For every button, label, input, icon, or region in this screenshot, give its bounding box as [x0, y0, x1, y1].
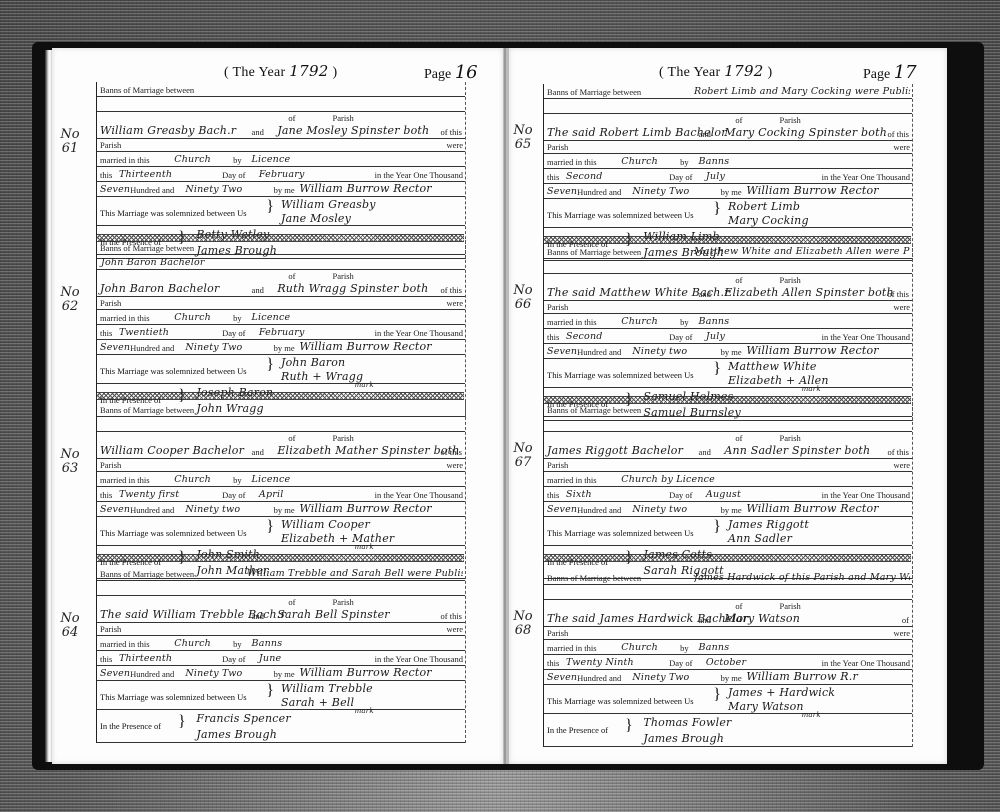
- day-value: Sixth: [566, 490, 592, 500]
- parish-row: Parish were: [544, 627, 912, 640]
- solemnized-block: This Marriage was solemnized between Us …: [544, 685, 912, 714]
- married-in-row: married in this Church by Licence: [97, 472, 465, 487]
- venue: Church: [174, 639, 211, 649]
- bride-name: Mary Cocking Spinster both: [724, 127, 887, 138]
- entry-number: No 66: [509, 284, 537, 312]
- year-heading: ( The Year 1792 ): [224, 62, 337, 81]
- day-value: Twentieth: [119, 328, 169, 338]
- bride-name: Ruth Wragg Spinster both: [277, 283, 428, 294]
- entry-number: No 64: [56, 612, 84, 640]
- banns-row-2: [544, 259, 912, 274]
- year-row: Seven Hundred and Ninety Two by me Willi…: [544, 184, 912, 199]
- ornamental-divider: [96, 554, 464, 562]
- marriage-method: Banns: [252, 639, 283, 649]
- day-value: Second: [566, 172, 603, 182]
- banns-text: James Hardwick of this Parish and Mary W…: [694, 573, 910, 583]
- parish-row: Parish were: [544, 301, 912, 314]
- year-row: Seven Hundred and Ninety Two by me Willi…: [97, 340, 465, 355]
- officiant: William Burrow Rector: [299, 341, 431, 352]
- brace-icon: }: [713, 361, 721, 377]
- banns-row-2: [97, 97, 465, 112]
- venue: Church: [621, 643, 658, 653]
- couple-row: John Baron Bachelor and Ruth Wragg Spins…: [97, 282, 465, 297]
- month-value: February: [259, 328, 305, 338]
- ninety-value: Ninety two: [632, 505, 687, 515]
- presence-block: In the Presence of } Thomas Fowler James…: [544, 714, 912, 747]
- entry-number: No 62: [56, 286, 84, 314]
- parish-row: Parish were: [97, 297, 465, 310]
- bride-name: Elizabeth Mather Spinster both: [277, 445, 459, 456]
- date-row: this Thirteenth Day of February in the Y…: [97, 167, 465, 182]
- of-parish-row: of Parish: [97, 432, 465, 444]
- married-in-row: married in this Church by Licence: [97, 152, 465, 167]
- year-row: Seven Hundred and Ninety Two by me Willi…: [97, 182, 465, 197]
- groom-name: John Baron Bachelor: [100, 283, 219, 294]
- of-parish-row: of Parish: [97, 596, 465, 608]
- marriage-method: Licence: [252, 475, 291, 485]
- ninety-value: Ninety Two: [185, 669, 242, 679]
- couple-row: William Greasby Bach.r and Jane Mosley S…: [97, 124, 465, 139]
- officiant: William Burrow R.r: [746, 671, 858, 682]
- witness-2: James Brough: [196, 729, 277, 740]
- banns-text: Robert Limb and Mary Cocking were Publis…: [694, 87, 910, 97]
- year-row: Seven Hundred and Ninety two by me Willi…: [544, 502, 912, 517]
- officiant: William Burrow Rector: [299, 667, 431, 678]
- married-in-row: married in this Church by Banns: [544, 314, 912, 329]
- page-heading: Page 16: [424, 62, 478, 83]
- marriage-method: Banns: [699, 317, 730, 327]
- year-row: Seven Hundred and Ninety Two by me Willi…: [97, 666, 465, 681]
- officiant: William Burrow Rector: [746, 345, 878, 356]
- venue: Church: [174, 475, 211, 485]
- signature-2: Elizabeth + Mather: [281, 533, 394, 544]
- brace-icon: }: [178, 714, 186, 730]
- ornamental-divider: [96, 392, 464, 400]
- bride-name: Jane Mosley Spinster both: [277, 125, 429, 136]
- banns-text: William Trebble and Sarah Bell were Publ…: [247, 569, 463, 579]
- brace-icon: }: [625, 718, 633, 734]
- couple-row: The said William Trebble Bach.r and Sara…: [97, 608, 465, 623]
- month-value: July: [706, 332, 725, 342]
- of-parish-row: of Parish: [97, 112, 465, 124]
- marriage-entry: Banns of Marriage between James Hardwick…: [543, 570, 913, 747]
- month-value: October: [706, 658, 746, 668]
- signature-2: Mary Cocking: [728, 215, 809, 226]
- brace-icon: }: [713, 519, 721, 535]
- groom-name: William Cooper Bachelor: [100, 445, 244, 456]
- officiant: William Burrow Rector: [746, 503, 878, 514]
- brace-icon: }: [713, 687, 721, 703]
- date-row: this Thirteenth Day of June in the Year …: [97, 651, 465, 666]
- parish-row: Parish were: [97, 623, 465, 636]
- solemnized-block: This Marriage was solemnized between Us …: [544, 359, 912, 388]
- signature-2: Ruth + Wragg: [281, 371, 363, 382]
- couple-row: William Cooper Bachelor and Elizabeth Ma…: [97, 444, 465, 459]
- married-in-row: married in this Church by Banns: [544, 640, 912, 655]
- right-page-header: ( The Year 1792 ) Page 17: [509, 60, 947, 84]
- bride-name: Ann Sadler Spinster both: [724, 445, 870, 456]
- ornamental-divider: [543, 554, 911, 562]
- marriage-entry: Banns of Marriage between of Parish Jame…: [543, 402, 913, 579]
- solemnized-block: This Marriage was solemnized between Us …: [544, 199, 912, 228]
- banns-row-2: [544, 417, 912, 432]
- brace-icon: }: [266, 357, 274, 373]
- date-row: this Second Day of July in the Year One …: [544, 329, 912, 344]
- venue: Church: [621, 157, 658, 167]
- left-page: ( The Year 1792 ) Page 16 Banns of Marri…: [52, 48, 504, 764]
- signature-1: Robert Limb: [728, 201, 800, 212]
- bride-name: Mary Watson: [724, 613, 800, 624]
- couple-row: James Riggott Bachelor and Ann Sadler Sp…: [544, 444, 912, 459]
- banns-row: Banns of Marriage between: [97, 402, 465, 417]
- banns-row-2: John Baron Bachelor: [97, 255, 465, 270]
- couple-row: The said James Hardwick Bachelor and Mar…: [544, 612, 912, 627]
- month-value: July: [706, 172, 725, 182]
- brace-icon: }: [266, 519, 274, 535]
- year-row: Seven Hundred and Ninety two by me Willi…: [544, 344, 912, 359]
- solemnized-block: This Marriage was solemnized between Us …: [97, 517, 465, 546]
- officiant: William Burrow Rector: [746, 185, 878, 196]
- brace-icon: }: [713, 201, 721, 217]
- banns-text: John Baron Bachelor: [101, 258, 205, 268]
- ornamental-divider: [543, 236, 911, 244]
- parish-row: Parish were: [544, 141, 912, 154]
- year-row: Seven Hundred and Ninety Two by me Willi…: [544, 670, 912, 685]
- year-row: Seven Hundred and Ninety two by me Willi…: [97, 502, 465, 517]
- marriage-entry: Banns of Marriage between Matthew White …: [543, 244, 913, 421]
- marriage-entry: Banns of Marriage between John Baron Bac…: [96, 240, 466, 417]
- couple-row: The said Robert Limb Bachelor and Mary C…: [544, 126, 912, 141]
- signature-2: Ann Sadler: [728, 533, 792, 544]
- right-page: ( The Year 1792 ) Page 17 Banns of Marri…: [507, 48, 947, 764]
- solemnized-block: This Marriage was solemnized between Us …: [97, 197, 465, 226]
- of-parish-row: of Parish: [544, 274, 912, 286]
- banns-row-2: [97, 417, 465, 432]
- parish-row: Parish were: [97, 459, 465, 472]
- entry-number: No 68: [509, 610, 537, 638]
- venue: Church: [174, 155, 211, 165]
- signature-1: William Greasby: [281, 199, 376, 210]
- marriage-method: Banns: [699, 643, 730, 653]
- banns-row: Banns of Marriage between James Hardwick…: [544, 570, 912, 585]
- venue: Church by Licence: [621, 475, 715, 485]
- date-row: this Second Day of July in the Year One …: [544, 169, 912, 184]
- signature-2: Jane Mosley: [281, 213, 351, 224]
- bride-name: Sarah Bell Spinster: [277, 609, 389, 620]
- banns-row: Banns of Marriage between: [544, 402, 912, 417]
- venue: Church: [621, 317, 658, 327]
- witness-2: James Brough: [643, 733, 724, 744]
- marriage-entry: Banns of Marriage between Robert Limb an…: [543, 84, 913, 261]
- witness-1: Thomas Fowler: [643, 717, 731, 728]
- officiant: William Burrow Rector: [299, 183, 431, 194]
- year-heading: ( The Year 1792 ): [659, 62, 772, 81]
- signature-1: James Riggott: [728, 519, 809, 530]
- solemnized-block: This Marriage was solemnized between Us …: [97, 681, 465, 710]
- banns-row-2: [544, 99, 912, 114]
- solemnized-block: This Marriage was solemnized between Us …: [97, 355, 465, 384]
- banns-row-2: [544, 585, 912, 600]
- signature-1: William Cooper: [281, 519, 370, 530]
- marriage-entry: Banns of Marriage between of Parish Will…: [96, 82, 466, 259]
- ninety-value: Ninety two: [185, 505, 240, 515]
- of-parish-row: of Parish: [544, 114, 912, 126]
- day-value: Thirteenth: [119, 170, 172, 180]
- married-in-row: married in this Church by Banns: [97, 636, 465, 651]
- bride-name: Elizabeth Allen Spinster both: [724, 287, 894, 298]
- witness-1: Francis Spencer: [196, 713, 290, 724]
- month-value: August: [706, 490, 741, 500]
- month-value: February: [259, 170, 305, 180]
- month-value: April: [259, 490, 284, 500]
- of-parish-row: of Parish: [544, 600, 912, 612]
- date-row: this Twenty Ninth Day of October in the …: [544, 655, 912, 670]
- venue: Church: [174, 313, 211, 323]
- presence-block: In the Presence of } Francis Spencer Jam…: [97, 710, 465, 743]
- solemnized-block: This Marriage was solemnized between Us …: [544, 517, 912, 546]
- entry-number: No 67: [509, 442, 537, 470]
- brace-icon: }: [266, 199, 274, 215]
- date-row: this Sixth Day of August in the Year One…: [544, 487, 912, 502]
- banns-row: Banns of Marriage between: [97, 240, 465, 255]
- of-parish-row: of Parish: [544, 432, 912, 444]
- ninety-value: Ninety Two: [632, 187, 689, 197]
- of-parish-row: of Parish: [97, 270, 465, 282]
- day-value: Thirteenth: [119, 654, 172, 664]
- banns-row: Banns of Marriage between Matthew White …: [544, 244, 912, 259]
- date-row: this Twentieth Day of February in the Ye…: [97, 325, 465, 340]
- banns-row: Banns of Marriage between: [97, 82, 465, 97]
- brace-icon: }: [266, 683, 274, 699]
- marriage-entry: Banns of Marriage between of Parish Will…: [96, 402, 466, 579]
- married-in-row: married in this Church by Licence: [544, 472, 912, 487]
- groom-name: James Riggott Bachelor: [547, 445, 683, 456]
- ninety-value: Ninety Two: [185, 343, 242, 353]
- banns-row: Banns of Marriage between Robert Limb an…: [544, 84, 912, 99]
- signature-1: John Baron: [281, 357, 345, 368]
- month-value: June: [259, 654, 281, 664]
- day-value: Twenty Ninth: [566, 658, 634, 668]
- couple-row: The said Matthew White Bach.r and Elizab…: [544, 286, 912, 301]
- signature-2: Sarah + Bell: [281, 697, 354, 708]
- signature-1: James + Hardwick: [728, 687, 835, 698]
- officiant: William Burrow Rector: [299, 503, 431, 514]
- date-row: this Twenty first Day of April in the Ye…: [97, 487, 465, 502]
- parish-row: Parish were: [544, 459, 912, 472]
- married-in-row: married in this Church by Licence: [97, 310, 465, 325]
- ninety-value: Ninety Two: [632, 673, 689, 683]
- marriage-method: Banns: [699, 157, 730, 167]
- day-value: Twenty first: [119, 490, 179, 500]
- banns-row: Banns of Marriage between William Trebbl…: [97, 566, 465, 581]
- ninety-value: Ninety Two: [185, 185, 242, 195]
- parish-row: Parish were: [97, 139, 465, 152]
- signature-1: William Trebble: [281, 683, 373, 694]
- entry-number: No 61: [56, 128, 84, 156]
- ninety-value: Ninety two: [632, 347, 687, 357]
- banns-text: Matthew White and Elizabeth Allen were P…: [694, 247, 910, 257]
- marriage-entry: Banns of Marriage between William Trebbl…: [96, 566, 466, 743]
- entry-number: No 65: [509, 124, 537, 152]
- entry-number: No 63: [56, 448, 84, 476]
- married-in-row: married in this Church by Banns: [544, 154, 912, 169]
- marriage-method: Licence: [252, 313, 291, 323]
- page-heading: Page 17: [863, 62, 917, 83]
- groom-name: The said James Hardwick Bachelor: [547, 613, 749, 624]
- groom-name: William Greasby Bach.r: [100, 125, 236, 136]
- banns-row-2: [97, 581, 465, 596]
- marriage-method: Licence: [252, 155, 291, 165]
- signature-1: Matthew White: [728, 361, 817, 372]
- left-page-header: ( The Year 1792 ) Page 16: [52, 60, 503, 84]
- day-value: Second: [566, 332, 603, 342]
- signature-2: Mary Watson: [728, 701, 804, 712]
